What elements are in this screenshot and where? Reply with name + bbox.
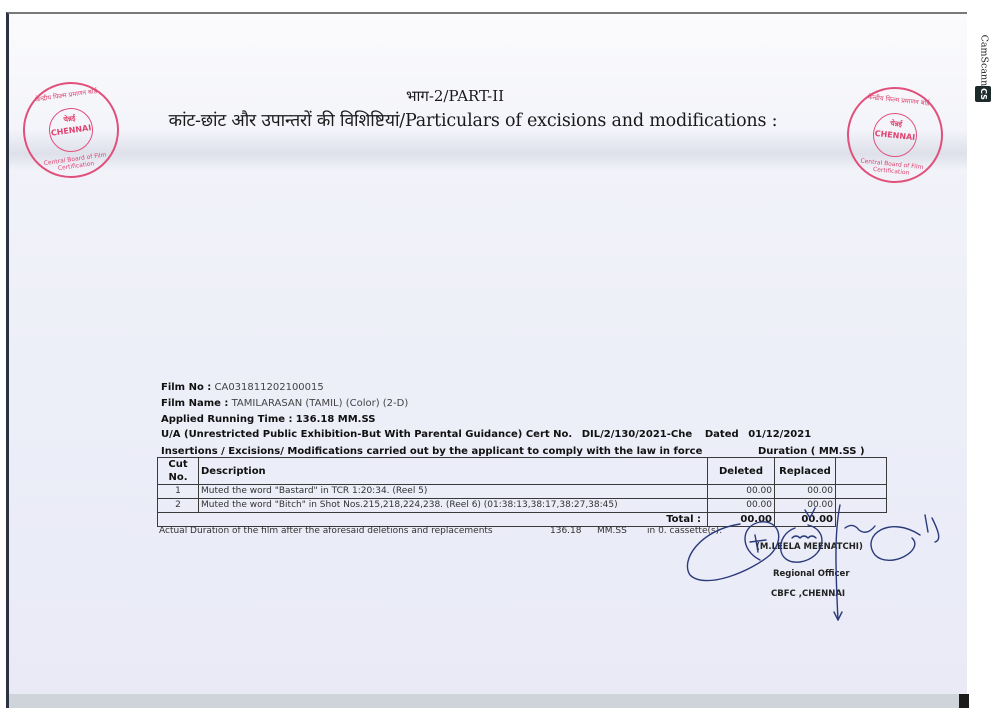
table-intro: Insertions / Excisions/ Modifications ca… xyxy=(161,446,702,457)
page-title: कांट-छांट और उपान्तरों की विशिष्टियां/Pa… xyxy=(0,108,952,132)
table-header-row: Cut No. Description Deleted Replaced xyxy=(158,458,887,485)
cuts-table: Cut No. Description Deleted Replaced 1 M… xyxy=(157,457,887,527)
camscanner-watermark: CamScanner CS xyxy=(972,42,996,102)
film-name-label: Film Name : xyxy=(161,398,228,409)
certificate-no: DIL/2/130/2021-Che xyxy=(582,429,692,440)
cut-description: Muted the word "Bitch" in Shot Nos.215,2… xyxy=(199,499,708,513)
cut-description: Muted the word "Bastard" in TCR 1:20:34.… xyxy=(199,485,708,499)
certificate-label: U/A (Unrestricted Public Exhibition-But … xyxy=(161,429,572,440)
part-label: भाग-2/PART-II xyxy=(0,86,934,106)
duration-label: Duration ( MM.SS ) xyxy=(758,446,865,457)
header-description: Description xyxy=(199,458,708,485)
total-blank xyxy=(836,513,887,527)
cut-no: 1 xyxy=(158,485,199,499)
certificate-line: U/A (Unrestricted Public Exhibition-But … xyxy=(161,429,811,440)
signatory-office: CBFC ,CHENNAI xyxy=(771,589,845,599)
running-time-label: Applied Running Time : xyxy=(161,414,293,425)
scan-edge-mark xyxy=(959,694,969,708)
actual-duration-unit: MM.SS xyxy=(597,526,627,536)
table-row: 2 Muted the word "Bitch" in Shot Nos.215… xyxy=(158,499,887,513)
running-time-line: Applied Running Time : 136.18 MM.SS xyxy=(161,414,375,425)
actual-duration-cassettes: in 0. cassette(s). xyxy=(647,526,722,536)
header-blank xyxy=(836,458,887,485)
dated-label: Dated xyxy=(705,429,739,440)
cut-blank xyxy=(836,499,887,513)
film-name-line: Film Name : TAMILARASAN (TAMIL) (Color) … xyxy=(161,398,408,409)
cut-deleted: 00.00 xyxy=(708,485,775,499)
film-no-label: Film No : xyxy=(161,382,211,393)
total-replaced: 00.00 xyxy=(775,513,836,527)
paper-fold-shadow xyxy=(9,130,967,170)
cut-no: 2 xyxy=(158,499,199,513)
camscanner-logo-icon: CS xyxy=(975,86,991,102)
cut-deleted: 00.00 xyxy=(708,499,775,513)
header-deleted: Deleted xyxy=(708,458,775,485)
total-label: Total : xyxy=(158,513,708,527)
running-time-value: 136.18 MM.SS xyxy=(296,414,376,425)
film-no-line: Film No : CA031811202100015 xyxy=(161,382,324,393)
film-name-value: TAMILARASAN (TAMIL) (Color) (2-D) xyxy=(232,398,409,409)
total-deleted: 00.00 xyxy=(708,513,775,527)
actual-duration-value: 136.18 xyxy=(550,526,582,536)
signatory-role: Regional Officer xyxy=(773,569,850,579)
dated-value: 01/12/2021 xyxy=(748,429,811,440)
film-no-value: CA031811202100015 xyxy=(215,382,324,393)
header-cut-no: Cut No. xyxy=(158,458,199,485)
total-row: Total : 00.00 00.00 xyxy=(158,513,887,527)
header-replaced: Replaced xyxy=(775,458,836,485)
cut-blank xyxy=(836,485,887,499)
cut-replaced: 00.00 xyxy=(775,499,836,513)
signatory-name: (M.LEELA MEENATCHI) xyxy=(756,542,863,552)
table-row: 1 Muted the word "Bastard" in TCR 1:20:3… xyxy=(158,485,887,499)
cut-replaced: 00.00 xyxy=(775,485,836,499)
actual-duration-label: Actual Duration of the film after the af… xyxy=(159,526,493,536)
